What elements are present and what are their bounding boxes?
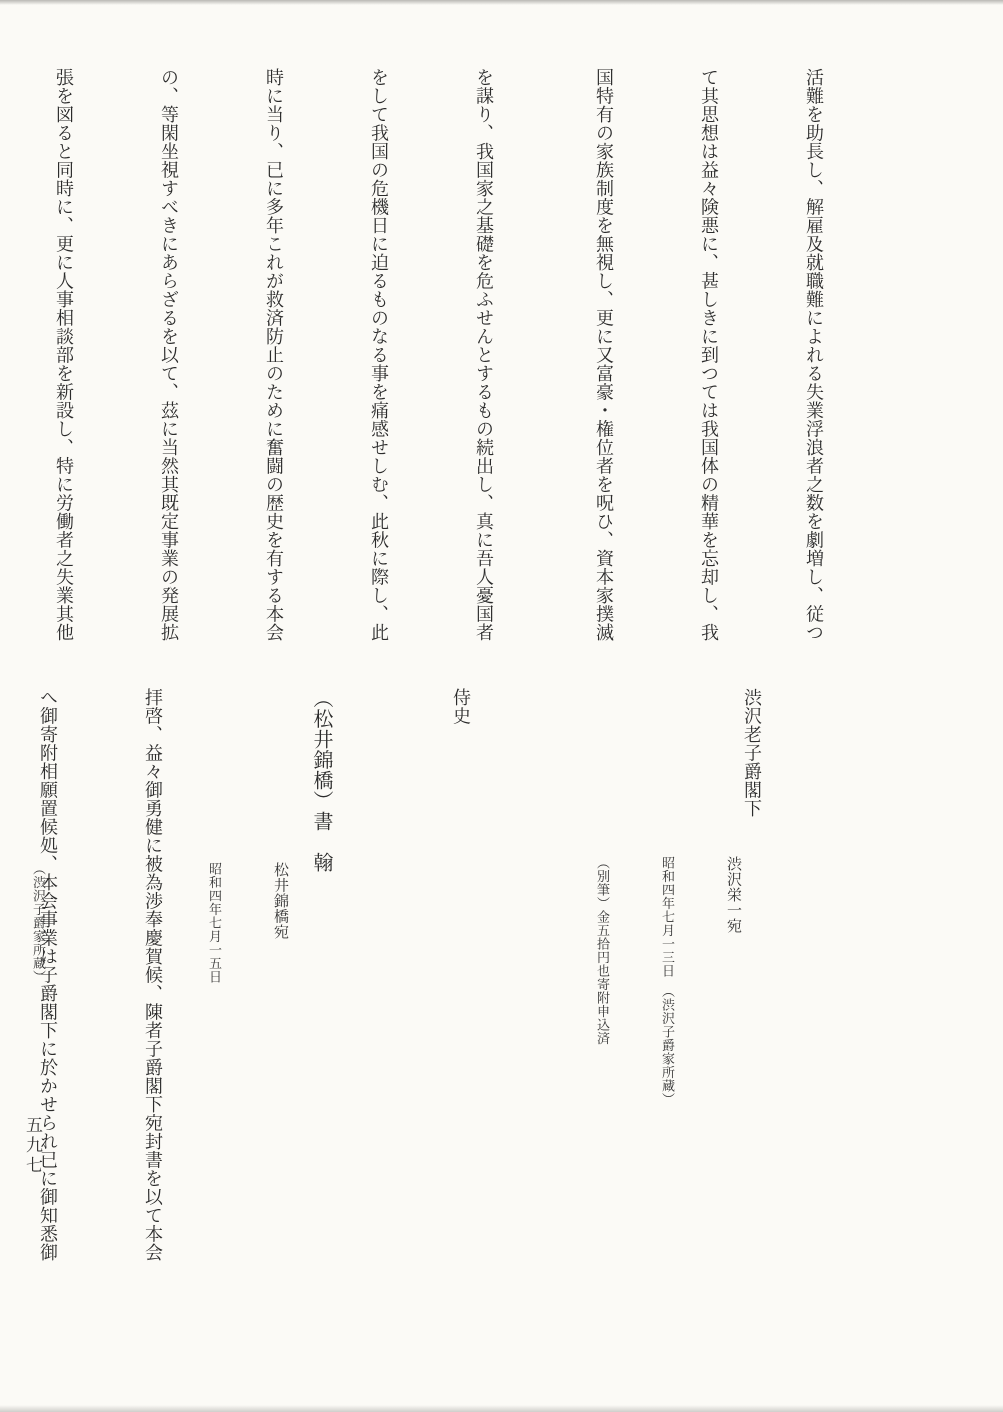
letter-line: 張を図ると同時に、更に人事相談部を新設し、特に労働者之失業其他: [46, 68, 81, 682]
page-number: 五九七: [20, 1116, 45, 1176]
letter-line: 時に当り、已に多年これが救済防止のために奮闘の歴史を有する本会: [256, 68, 291, 682]
letter-line: を謀り、我国家之基礎を危ふせんとするもの続出し、真に吾人憂国者: [466, 68, 501, 682]
letter-line: へ御寄附相願置候処、本会事業は子爵閣下に於かせられ已に御知悉御: [30, 688, 65, 1288]
letter-title: （松井錦橋）書 翰: [302, 688, 347, 1288]
scan-edge-top: [0, 0, 1003, 5]
top-letter-block: 活難を助長し、解雇及就職難によれる失業浮浪者之数を劇増し、従つ て其思想は益々険…: [0, 68, 901, 682]
annotation-recipient: 松井錦橋宛: [269, 862, 291, 984]
scanned-document-page: 活難を助長し、解雇及就職難によれる失業浮浪者之数を劇増し、従つ て其思想は益々険…: [0, 0, 1003, 1412]
annotation-date-owner: 昭和四年七月一三日 （渋沢子爵家所蔵）: [657, 856, 678, 1106]
letter2-annotation: 渋沢栄一宛 昭和四年七月一三日 （渋沢子爵家所蔵） （別筆）金五拾円也寄附申込済: [548, 856, 788, 1106]
scan-edge-bottom: [0, 1405, 1003, 1412]
letter-line: て其思想は益々険悪に、甚しきに到つては我国体の精華を忘却し、我: [691, 68, 726, 682]
annotation-recipient: 渋沢栄一宛: [722, 856, 744, 1106]
annotation-note: （別筆）金五拾円也寄附申込済: [592, 856, 613, 1106]
annotation-date: 昭和四年七月一五日: [204, 862, 225, 984]
letter-line: 拝啓、益々御勇健に被為渉奉慶賀候、陳者子爵閣下宛封書を以て本会: [135, 688, 170, 1288]
letter3-annotation: 松井錦橋宛 昭和四年七月一五日 （渋沢子爵家所蔵）: [0, 862, 335, 984]
letter-line: をして我国の危機日に迫るものなる事を痛感せしむ、此秋に際し、此: [361, 68, 396, 682]
letter-line: 国特有の家族制度を無視し、更に又富豪・権位者を呪ひ、資本家撲滅: [586, 68, 621, 682]
letter-line: の、等閑坐視すべきにあらざるを以て、茲に当然其既定事業の発展拡: [151, 68, 186, 682]
letter-line: 活難を助長し、解雇及就職難によれる失業浮浪者之数を劇増し、従つ: [796, 68, 831, 682]
annotation-owner: （渋沢子爵家所蔵）: [28, 862, 154, 984]
